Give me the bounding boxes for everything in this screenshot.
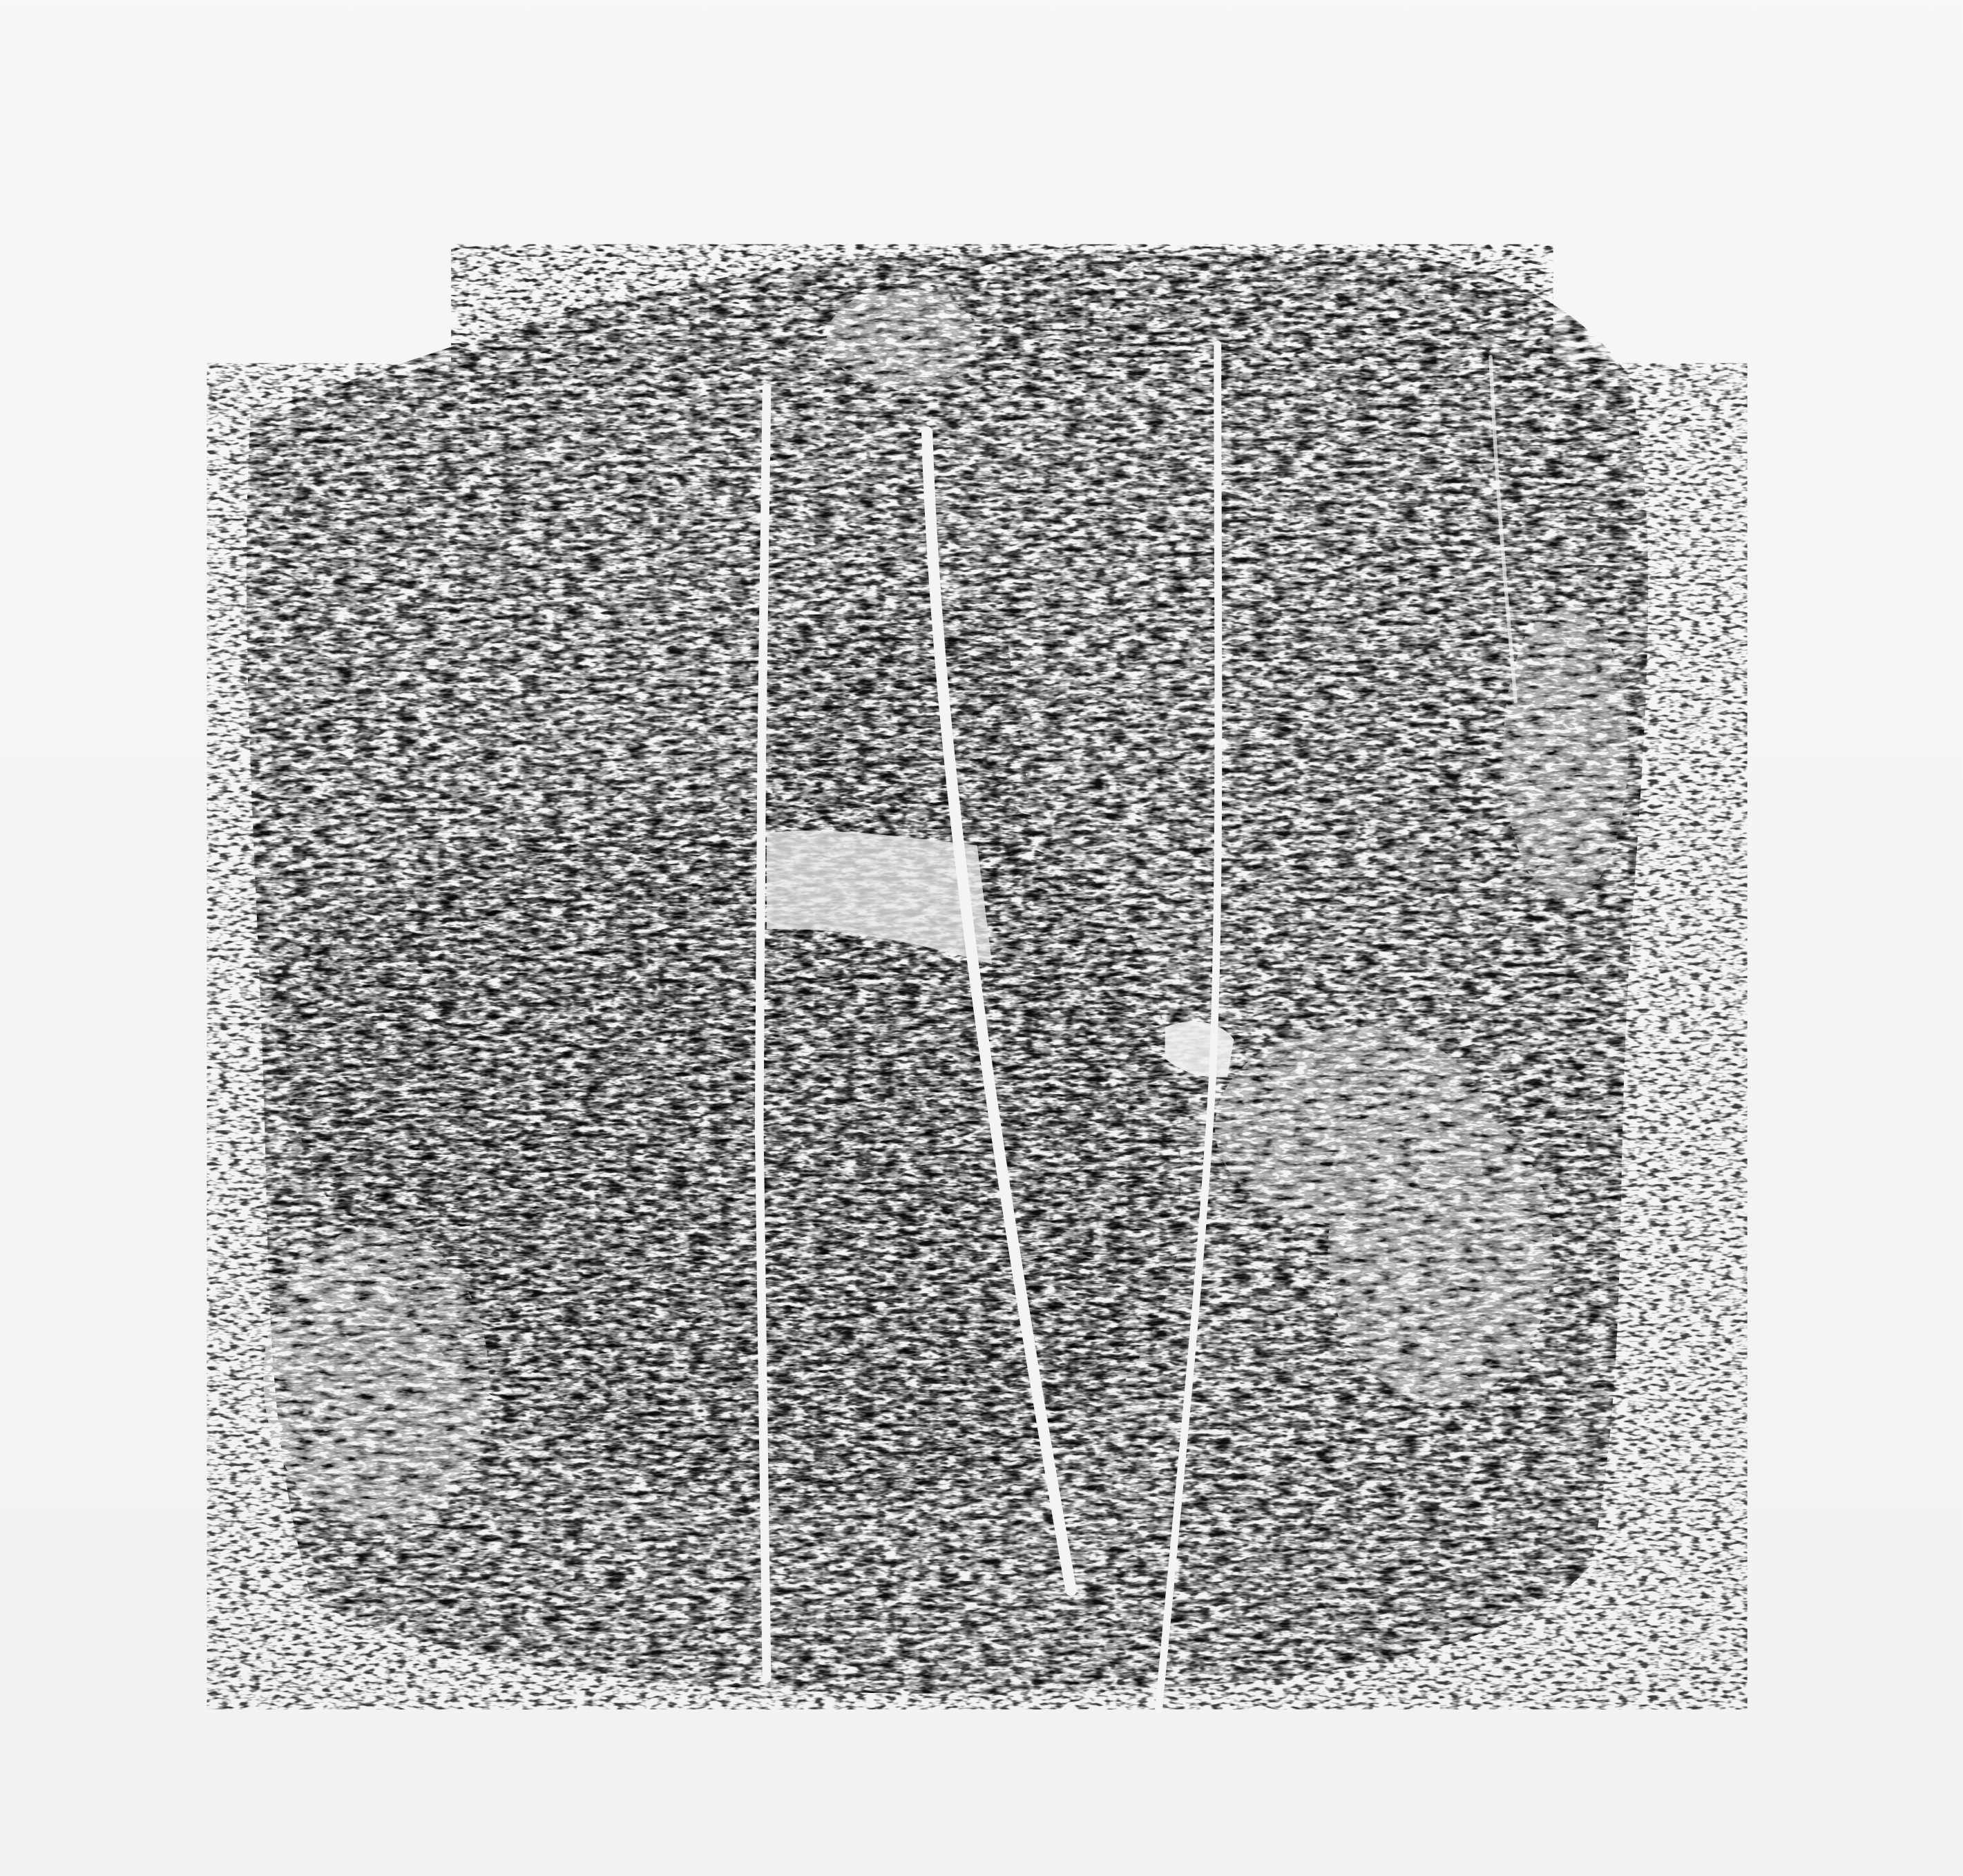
abstract-print <box>0 0 1963 1876</box>
